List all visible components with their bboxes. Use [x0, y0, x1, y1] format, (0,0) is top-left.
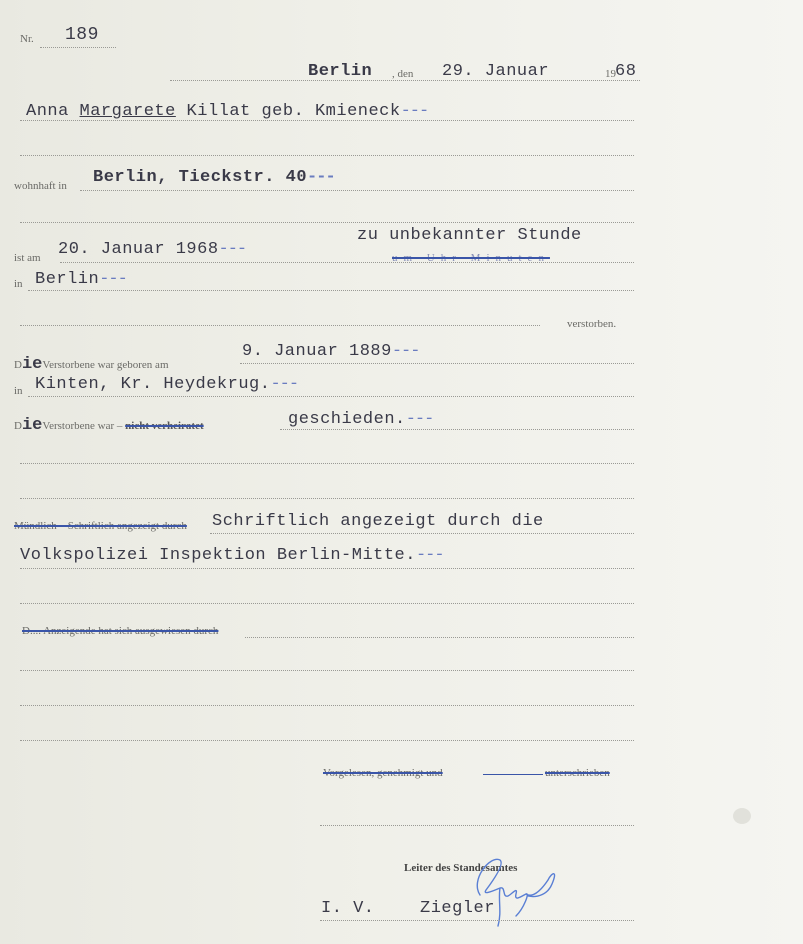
death-date-text: 20. Januar 1968 — [58, 240, 219, 259]
deceased-name: Anna Margarete Killat geb. Kmieneck--- — [26, 102, 428, 121]
filler: --- — [99, 270, 127, 289]
read-struck-2: unterschrieben — [545, 767, 610, 779]
filler: --- — [392, 342, 420, 361]
marital-text: geschieden. — [288, 410, 406, 429]
birth-prefix: DieVerstorbene war geboren am — [14, 355, 169, 374]
place-value: Berlin — [308, 62, 372, 81]
death-place-value: Berlin--- — [35, 270, 127, 289]
report-struck: Mündlich – Schriftlich angezeigt durch — [14, 520, 187, 532]
read-struck-1: Vorgelesen, genehmigt und — [323, 767, 443, 779]
death-date-label: ist am — [14, 252, 41, 264]
residence-value: Berlin, Tieckstr. 40--- — [93, 168, 335, 187]
nr-label: Nr. — [20, 33, 34, 45]
residence-label: wohnhaft in — [14, 180, 67, 192]
signature — [440, 850, 570, 930]
filler: --- — [307, 168, 335, 187]
filler: --- — [219, 240, 247, 259]
birth-prefix-ie: ie — [22, 355, 42, 374]
death-time-struck: um Uhr Minuten — [392, 252, 637, 264]
birth-prefix-d: D — [14, 359, 22, 371]
marital-value: geschieden.--- — [288, 410, 433, 429]
marital-prefix: DieVerstorbene war – nicht verheiratet — [14, 416, 204, 435]
report-value-line2: Volkspolizei Inspektion Berlin-Mitte.--- — [20, 546, 444, 565]
birth-place-label: in — [14, 385, 23, 397]
marital-prefix-d: D — [14, 420, 22, 432]
filler: --- — [401, 102, 429, 121]
deceased-middle-name: Margarete — [80, 102, 176, 121]
den-label: , den — [392, 68, 413, 80]
report-line2-text: Volkspolizei Inspektion Berlin-Mitte. — [20, 546, 416, 565]
identified-struck: D.... Anzeigende hat sich ausgewiesen du… — [22, 625, 218, 637]
filler: --- — [406, 410, 434, 429]
report-value-line1: Schriftlich angezeigt durch die — [212, 512, 544, 531]
birth-label: Verstorbene war geboren am — [42, 359, 168, 371]
birth-place-value: Kinten, Kr. Heydekrug.--- — [35, 375, 298, 394]
marital-label: Verstorbene war – — [42, 420, 122, 432]
verstorben-label: verstorben. — [567, 318, 616, 330]
marital-prefix-ie: ie — [22, 416, 42, 435]
marital-struck: nicht verheiratet — [125, 420, 204, 432]
official-name: Ziegler — [420, 899, 495, 918]
death-place-text: Berlin — [35, 270, 99, 289]
filler: --- — [416, 546, 444, 565]
death-time-value: zu unbekannter Stunde — [357, 226, 582, 245]
paper-smudge — [733, 808, 751, 824]
death-place-label: in — [14, 278, 23, 290]
birth-place-text: Kinten, Kr. Heydekrug. — [35, 375, 270, 394]
document-date-value: 29. Januar — [442, 62, 549, 81]
deceased-surname: Killat geb. Kmieneck — [187, 102, 401, 121]
year-suffix: 68 — [615, 62, 636, 81]
nr-value: 189 — [65, 25, 99, 45]
birth-date-value: 9. Januar 1889--- — [242, 342, 419, 361]
iv-label: I. V. — [321, 899, 375, 918]
birth-date-text: 9. Januar 1889 — [242, 342, 392, 361]
residence-text: Berlin, Tieckstr. 40 — [93, 168, 307, 187]
death-date-value: 20. Januar 1968--- — [58, 240, 246, 259]
deceased-first-name: Anna — [26, 102, 69, 121]
filler: --- — [270, 375, 298, 394]
